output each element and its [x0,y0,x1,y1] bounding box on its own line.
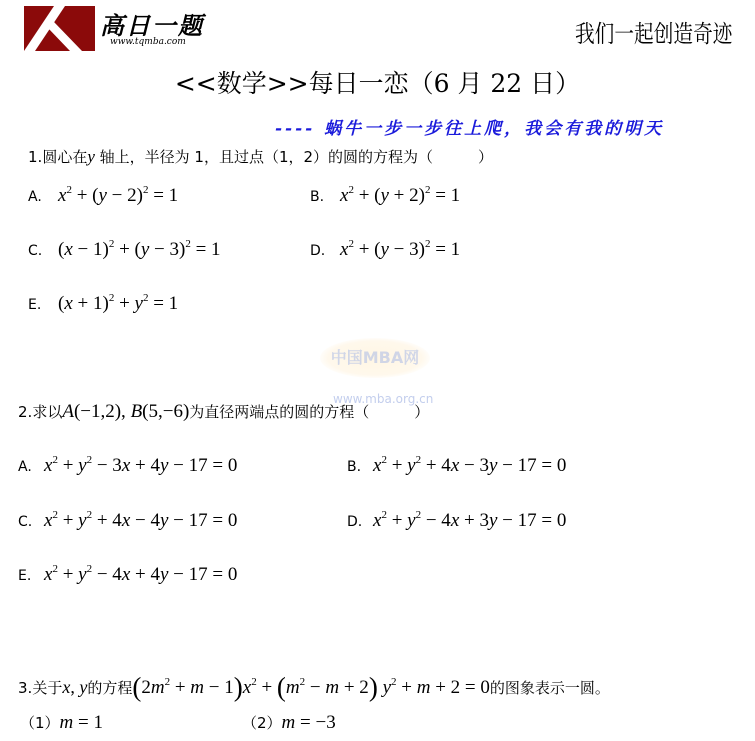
question-2-option-d[interactable]: D. x2 + y2 − 4x + 3y − 17 = 0 [347,510,566,532]
question-2-option-e[interactable]: E. x2 + y2 − 4x + 4y − 17 = 0 [18,564,237,586]
question-2-stem: 2.求以 A(−1,2), B(5,−6) 为直径两端点的圆的方程（ ） [18,401,429,423]
question-number: 1. [28,148,42,166]
math-expression: (2m2 + m − 1)x2 + (m2 − m + 2) y2 + m + … [132,672,490,703]
question-3-stem: 3.关于 x, y 的方程 (2m2 + m − 1)x2 + (m2 − m … [18,672,610,703]
question-number: 3. [18,679,32,697]
page-title: <<数学>>每日一恋（6 月 22 日） [0,64,755,100]
question-1-option-a[interactable]: A. x2 + (y − 2)2 = 1 [28,185,178,207]
math-expression: x2 + y2 + 4x − 4y − 17 = 0 [44,510,237,532]
math-expression: x2 + y2 − 4x + 4y − 17 = 0 [44,564,237,586]
math-expression: (x + 1)2 + y2 = 1 [58,293,178,315]
logo-url: www.tqmba.com [110,37,186,47]
question-2-option-b[interactable]: B. x2 + y2 + 4x − 3y − 17 = 0 [347,455,566,477]
math-expression: x2 + (y − 2)2 = 1 [58,185,178,207]
watermark-logo: 中国MBA网 [320,338,430,378]
math-expression: x2 + (y − 3)2 = 1 [340,239,460,261]
logo-k-icon [24,6,95,51]
question-2-option-c[interactable]: C. x2 + y2 + 4x − 4y − 17 = 0 [18,510,237,532]
math-expression: (x − 1)2 + (y − 3)2 = 1 [58,239,221,261]
question-3-condition-2: （2） m = −3 [242,712,336,734]
math-expression: x2 + y2 + 4x − 3y − 17 = 0 [373,455,566,477]
motto: ---- 蜗牛一步一步往上爬，我会有我的明天 [275,114,664,139]
math-expression: x2 + y2 − 3x + 4y − 17 = 0 [44,455,237,477]
math-expression: x2 + y2 − 4x + 3y − 17 = 0 [373,510,566,532]
math-expression: m = −3 [282,712,336,734]
header-slogan: 我们一起创造奇迹 [575,14,732,49]
question-number: 2. [18,403,32,421]
logo-text: 高日一题 [100,6,204,41]
logo-mark [24,6,95,51]
math-vars: x, y [62,677,87,698]
question-3-condition-1: （1） m = 1 [20,712,103,734]
question-1-option-d[interactable]: D. x2 + (y − 3)2 = 1 [310,239,460,261]
question-1-stem: 1.圆心在y 轴上，半径为 1，且过点（1，2）的圆的方程为（ ） [28,146,493,167]
math-expression: m = 1 [60,712,103,734]
question-1-option-b[interactable]: B. x2 + (y + 2)2 = 1 [310,185,460,207]
question-1-option-e[interactable]: E. (x + 1)2 + y2 = 1 [28,293,178,315]
math-expression: A(−1,2), B(5,−6) [62,401,189,423]
question-1-option-c[interactable]: C. (x − 1)2 + (y − 3)2 = 1 [28,239,221,261]
question-2-option-a[interactable]: A. x2 + y2 − 3x + 4y − 17 = 0 [18,455,237,477]
math-expression: x2 + (y + 2)2 = 1 [340,185,460,207]
